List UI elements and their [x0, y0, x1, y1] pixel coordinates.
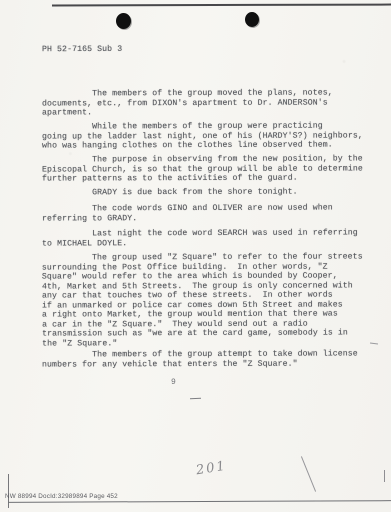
bottom-right-tick: [384, 470, 385, 482]
paragraph-code-word-doyle: Last night the code word SEARCH was used…: [42, 228, 358, 248]
scan-bottom-edge-line: [8, 500, 391, 503]
scan-top-edge-line: [52, 4, 391, 7]
pencil-stray-stroke: [301, 456, 316, 492]
paragraph-z-square: The group used "Z Square" to refer to th…: [42, 252, 363, 348]
paragraph-license-numbers: The members of the group attempt to take…: [42, 349, 358, 369]
paragraph-moved-plans: The members of the group moved the plans…: [42, 88, 333, 118]
right-margin-tick: [370, 342, 378, 344]
file-number: PH 52-7165 Sub 3: [42, 45, 122, 55]
paragraph-observation-purpose: The purpose in observing from the new po…: [42, 154, 363, 184]
typed-center-mark: 9: [171, 378, 176, 387]
small-dash-mark: [190, 398, 201, 400]
paragraph-code-words-gino-oliver: The code words GINO and OLIVER are now u…: [42, 203, 333, 223]
paragraph-grady-return: GRADY is due back from the shore tonight…: [42, 188, 298, 198]
hole-punch-left: [116, 13, 131, 29]
scan-left-edge-line: [8, 474, 9, 508]
scanned-document-page: PH 52-7165 Sub 3 The members of the grou…: [0, 0, 391, 512]
paragraph-ladder-practice: While the members of the group were prac…: [42, 121, 363, 151]
handwritten-page-number: 201: [195, 459, 228, 479]
hole-punch-right: [245, 12, 259, 27]
archive-footer-stamp: NW 88994 DocId:32989894 Page 452: [5, 493, 118, 500]
